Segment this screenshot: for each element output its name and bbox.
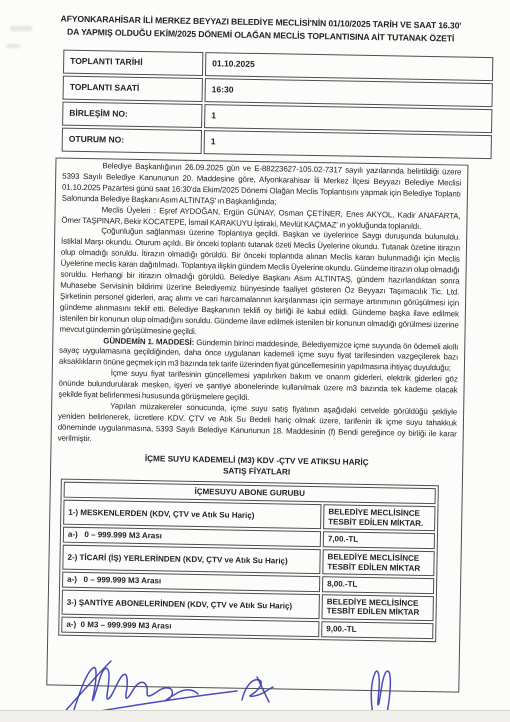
meeting-time-value: 16:30 — [205, 78, 493, 107]
sitting-no-value: 1 — [204, 130, 492, 159]
construction-price: 9,00.-TL — [321, 621, 433, 639]
sitting-no-label: OTURUM NO: — [62, 128, 202, 154]
commercial-label: 2-) TİCARİ (İŞ) YERLERİNDEN (KDV, ÇTV ve… — [62, 545, 320, 575]
commercial-price: 8,00.-TL — [322, 576, 434, 594]
document-body-frame: Belediye Başkanlığının 26.09.2025 gün ve… — [46, 157, 468, 692]
meeting-info-table: TOPLANTI TARİHİ 01.10.2025 TOPLANTI SAAT… — [60, 48, 496, 162]
paragraph-decision: Yapılan müzakereler sonucunda, içme suyu… — [58, 401, 458, 452]
document-content: AFYONKARAHİSAR İLİ MERKEZ BEYYAZI BELEDİ… — [0, 0, 510, 722]
table-row: OTURUM NO: 1 — [62, 128, 492, 160]
agenda-item-1-heading: GÜNDEMİN 1. MADDESİ: — [103, 336, 194, 347]
water-price-table: İÇMESUYU ABONE GURUBU 1-) MESKENLERDEN (… — [58, 478, 439, 642]
construction-range: a-) 0 M3 – 999.999 M3 Arası — [61, 617, 319, 637]
residential-range: a-) 0 – 999.999 M3 Arası — [63, 527, 321, 547]
paragraph-opening: Belediye Başkanlığının 26.09.2025 gün ve… — [62, 161, 462, 212]
commercial-authority: BELEDİYE MECLİSİNCE TESBİT EDİLEN MİKTAR — [322, 549, 434, 576]
construction-authority: BELEDİYE MECLİSİNCE TESBİT EDİLEN MİKTAR — [322, 594, 434, 621]
table-row: 2-) TİCARİ (İŞ) YERLERİNDEN (KDV, ÇTV ve… — [62, 545, 434, 577]
document-title: AFYONKARAHİSAR İLİ MERKEZ BEYYAZI BELEDİ… — [31, 12, 491, 45]
paper-bottom-edge — [0, 710, 510, 722]
price-table-title: İÇME SUYU KADEMELİ (M3) KDV -ÇTV VE ATIK… — [57, 451, 456, 481]
meeting-date-label: TOPLANTI TARİHİ — [63, 50, 203, 76]
residential-price: 7,00.-TL — [323, 532, 435, 550]
construction-label: 3-) ŞANTİYE ABONELERİNDEN (KDV, ÇTV ve A… — [62, 589, 320, 619]
session-no-label: BİRLEŞİM NO: — [62, 102, 202, 128]
table-row: 3-) ŞANTİYE ABONELERİNDEN (KDV, ÇTV ve A… — [62, 589, 434, 621]
commercial-range: a-) 0 – 999.999 M3 Arası — [62, 572, 320, 592]
paragraph-procedure: Çoğunluğun sağlanması üzerine Toplantıya… — [59, 226, 460, 342]
residential-authority: BELEDİYE MECLİSİNCE TESBİT EDİLEN MİKTAR… — [323, 504, 435, 531]
residential-label: 1-) MESKENLERDEN (KDV, ÇTV ve Atık Su Ha… — [63, 500, 321, 530]
meeting-time-label: TOPLANTI SAATİ — [63, 76, 203, 102]
table-row: 1-) MESKENLERDEN (KDV, ÇTV ve Atık Su Ha… — [63, 500, 435, 532]
meeting-date-value: 01.10.2025 — [205, 52, 493, 81]
scanned-meeting-minutes-page: { "header": { "line1": "AFYONKARAHİSAR İ… — [0, 0, 510, 722]
session-no-value: 1 — [204, 104, 492, 133]
